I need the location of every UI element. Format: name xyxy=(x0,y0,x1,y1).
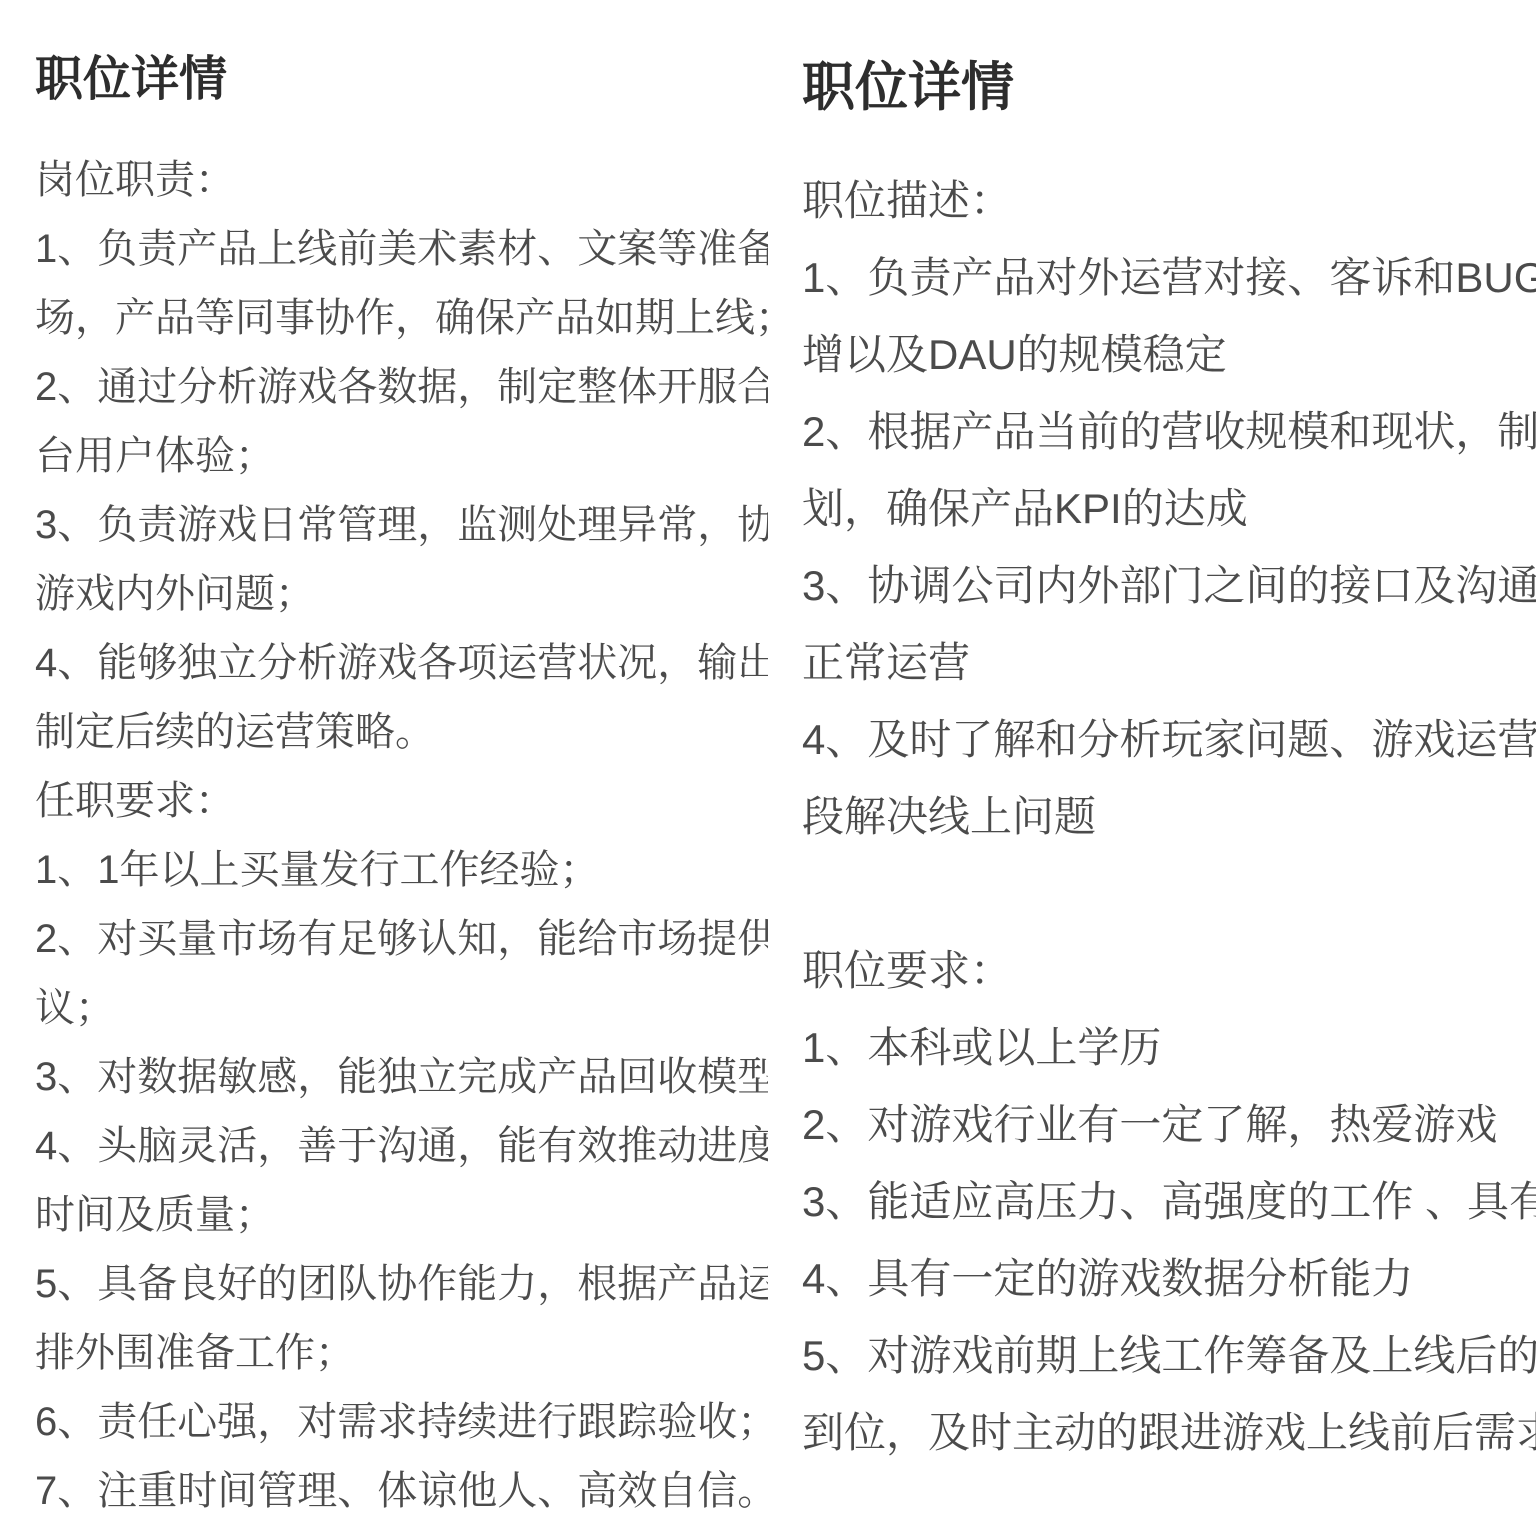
text-line: 3、能适应高压力、高强度的工作 、具有良好的 xyxy=(802,1163,1536,1240)
text-line: 正常运营 xyxy=(802,624,1536,701)
text-line: 排外围准备工作； xyxy=(35,1319,768,1388)
text-line: 场，产品等同事协作，确保产品如期上线； xyxy=(35,284,768,353)
page-title: 职位详情 xyxy=(802,61,1536,114)
text-line: 4、头脑灵活，善于沟通，能有效推动进度进行，保证 xyxy=(35,1112,768,1181)
text-line: 4、能够独立分析游戏各项运营状况，输出改进方案， xyxy=(35,629,768,698)
text-line: 1、本科或以上学历 xyxy=(802,1009,1536,1086)
text-line: 岗位职责： xyxy=(35,146,768,215)
text-line: 段解决线上问题 xyxy=(802,778,1536,855)
text-line: 3、协调公司内外部门之间的接口及沟通工作，保证产品 xyxy=(802,547,1536,624)
text-line xyxy=(802,855,1536,932)
text-line: 时间及质量； xyxy=(35,1181,768,1250)
text-line: 5、具备良好的团队协作能力，根据产品运营安排，统筹安 xyxy=(35,1250,768,1319)
text-line: 议； xyxy=(35,974,768,1043)
text-line: 制定后续的运营策略。 xyxy=(35,698,768,767)
text-line: 到位，及时主动的跟进游戏上线前后需求的落实 xyxy=(802,1394,1536,1471)
job-detail-panel-right: 职位详情 职位描述：1、负责产品对外运营对接、客诉和BUG处理，保证新增以及DA… xyxy=(768,0,1536,1534)
text-line: 1、1年以上买量发行工作经验； xyxy=(35,836,768,905)
text-line: 6、责任心强，对需求持续进行跟踪验收； xyxy=(35,1388,768,1457)
text-line: 3、对数据敏感，能独立完成产品回收模型； xyxy=(35,1043,768,1112)
text-line: 2、通过分析游戏各数据，制定整体开服合服计划，提升平 xyxy=(35,353,768,422)
job-detail-panel-left: 职位详情 岗位职责：1、负责产品上线前美术素材、文案等准备；与市场，场，产品等同… xyxy=(0,0,768,1534)
text-line: 1、负责产品上线前美术素材、文案等准备；与市场， xyxy=(35,215,768,284)
job-description-lines: 职位描述：1、负责产品对外运营对接、客诉和BUG处理，保证新增以及DAU的规模稳… xyxy=(802,162,1536,1471)
text-line: 增以及DAU的规模稳定 xyxy=(802,316,1536,393)
text-line: 职位描述： xyxy=(802,162,1536,239)
page-title: 职位详情 xyxy=(35,56,768,104)
text-line: 游戏内外问题； xyxy=(35,560,768,629)
job-description-lines: 岗位职责：1、负责产品上线前美术素材、文案等准备；与市场，场，产品等同事协作，确… xyxy=(35,146,768,1526)
text-line: 4、及时了解和分析玩家问题、游戏运营情况，用合适手 xyxy=(802,701,1536,778)
text-line: 1、负责产品对外运营对接、客诉和BUG处理，保证新 xyxy=(802,239,1536,316)
text-line: 职位要求： xyxy=(802,932,1536,1009)
text-line: 4、具有一定的游戏数据分析能力 xyxy=(802,1240,1536,1317)
text-line: 7、注重时间管理、体谅他人、高效自信。 xyxy=(35,1457,768,1526)
text-line: 3、负责游戏日常管理，监测处理异常，协调解决 xyxy=(35,491,768,560)
text-line: 2、对买量市场有足够认知，能给市场提供足够的优化建 xyxy=(35,905,768,974)
text-line: 2、对游戏行业有一定了解，热爱游戏 xyxy=(802,1086,1536,1163)
text-line: 任职要求： xyxy=(35,767,768,836)
text-line: 2、根据产品当前的营收规模和现状，制定相应的运营规 xyxy=(802,393,1536,470)
text-line: 台用户体验； xyxy=(35,422,768,491)
text-line: 划，确保产品KPI的达成 xyxy=(802,470,1536,547)
text-line: 5、对游戏前期上线工作筹备及上线后的整体运营理解 xyxy=(802,1317,1536,1394)
